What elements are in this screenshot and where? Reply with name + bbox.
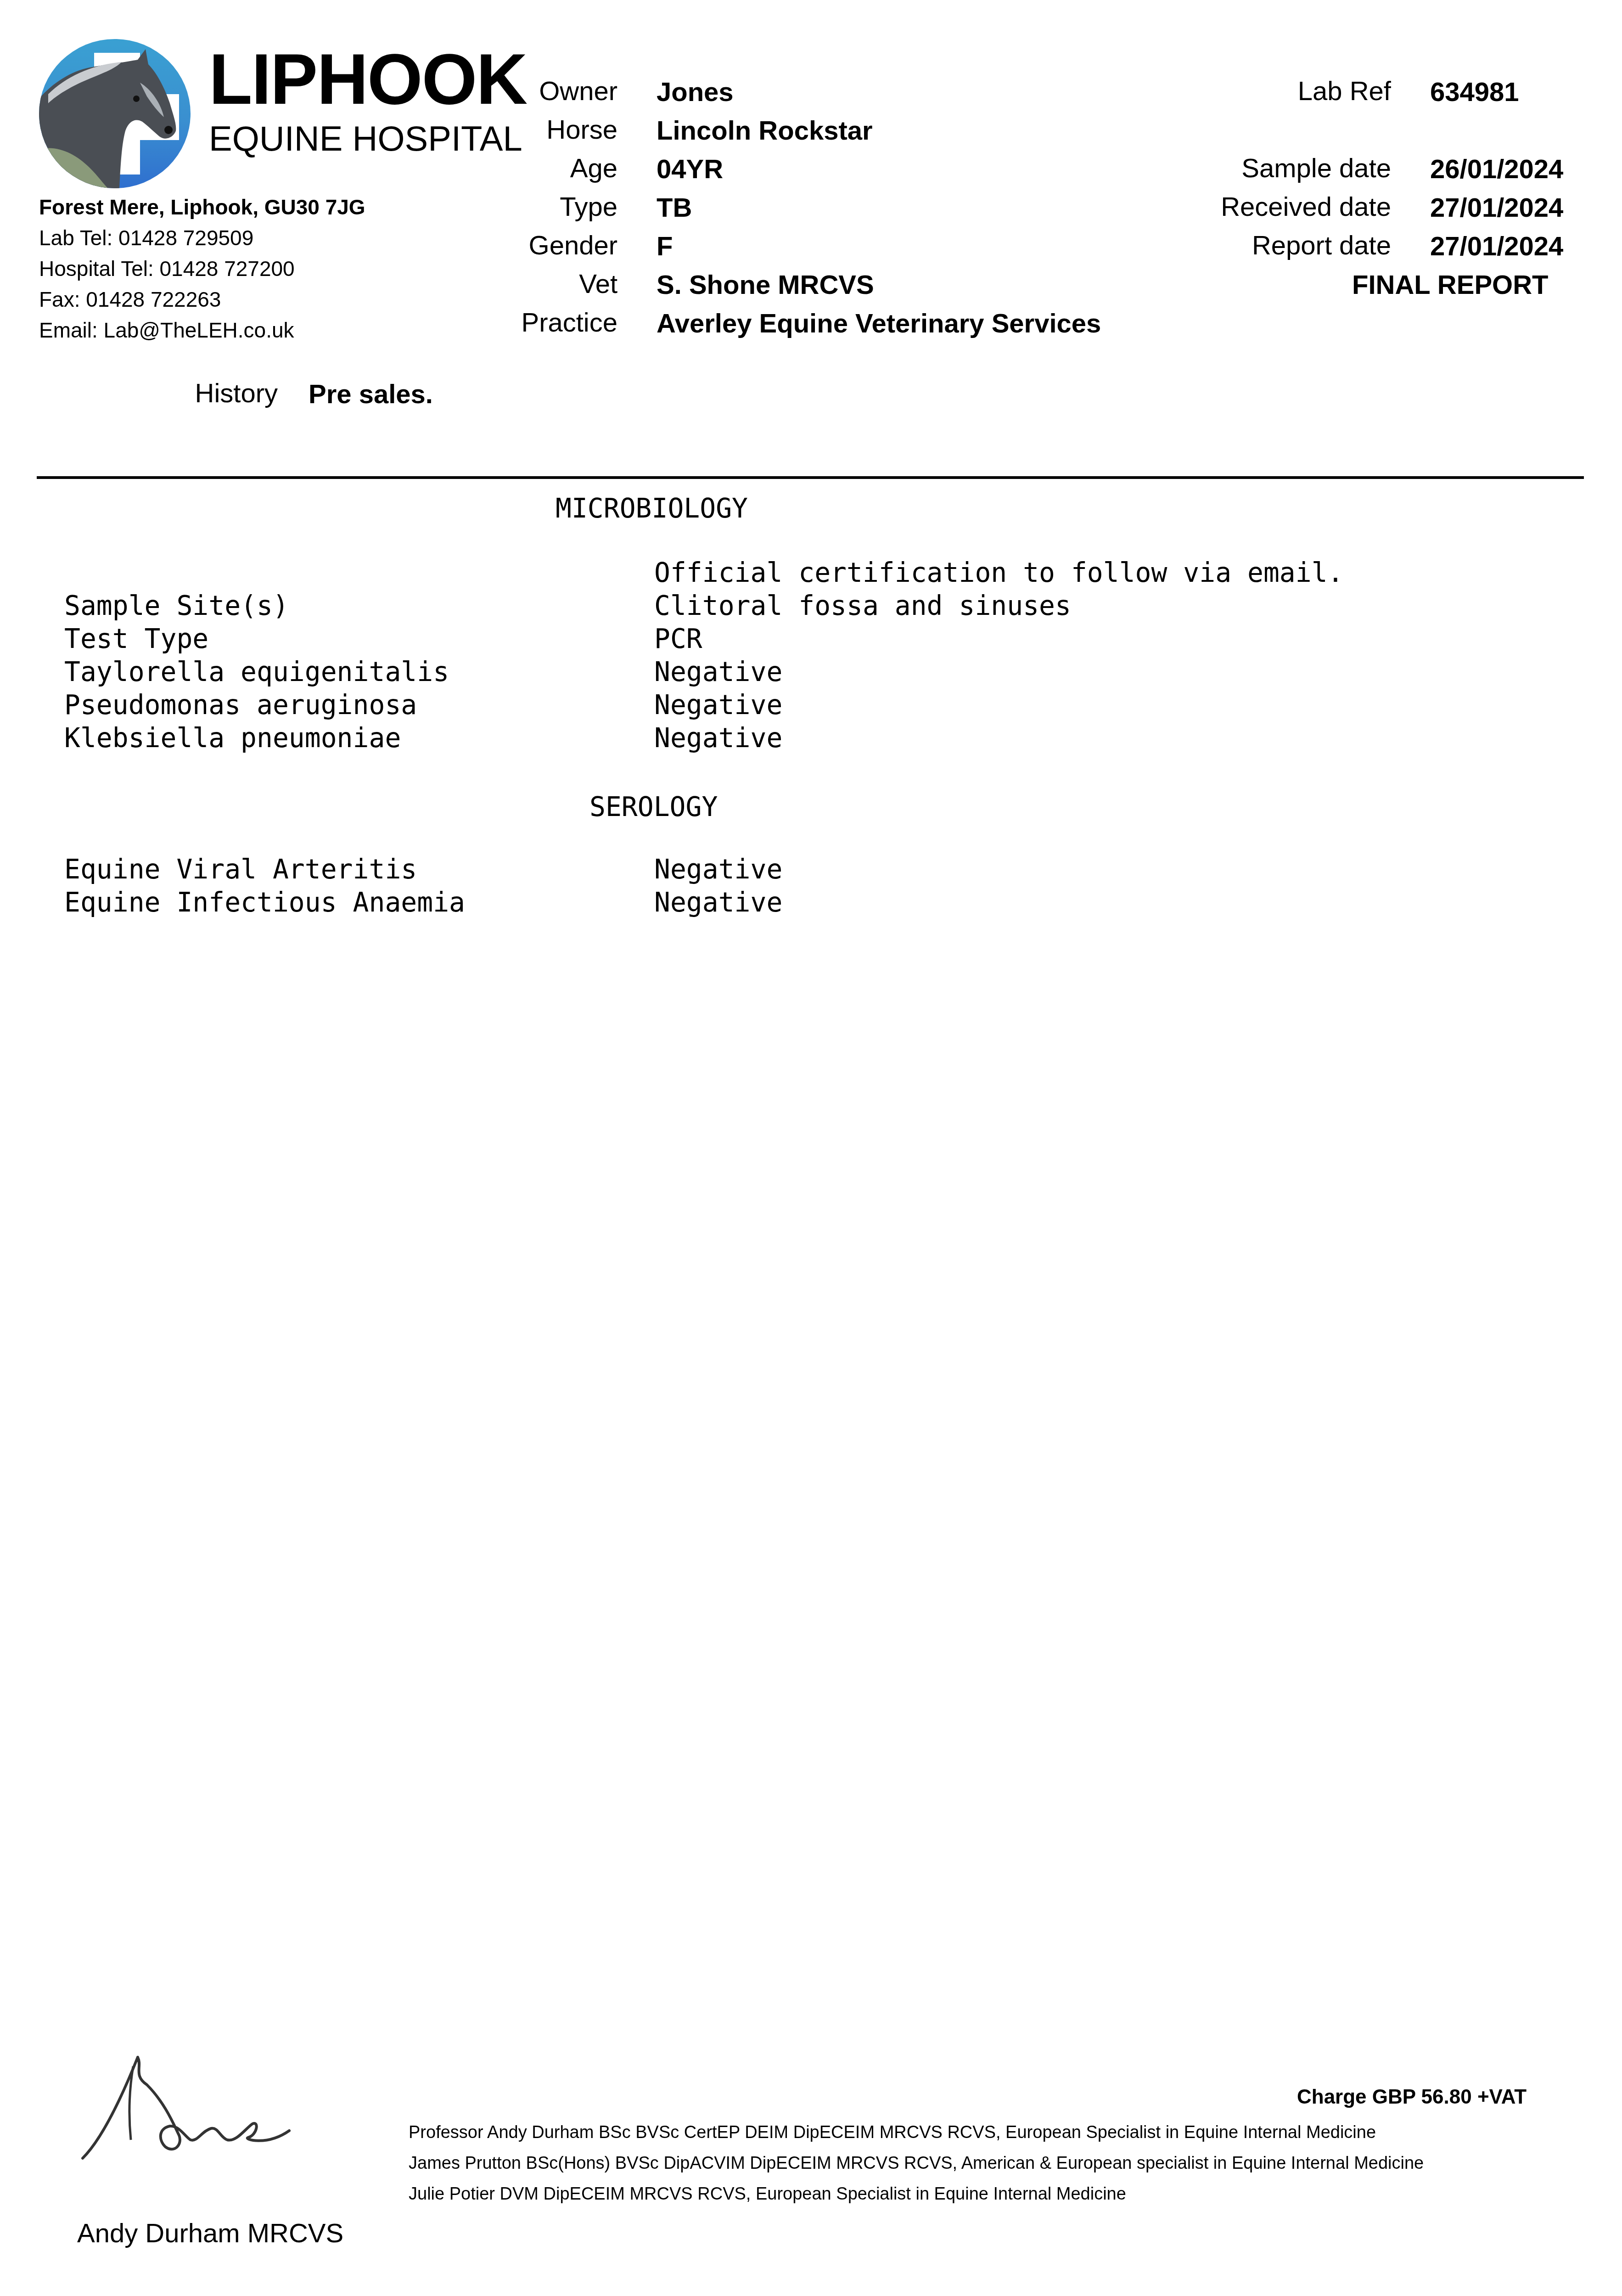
result-label: Test Type xyxy=(64,625,208,652)
vet-label: Vet xyxy=(480,271,617,298)
vet-value: S. Shone MRCVS xyxy=(657,272,874,298)
microbiology-heading: MICROBIOLOGY xyxy=(556,495,748,522)
practice-label: Practice xyxy=(480,310,617,336)
result-value: Negative xyxy=(654,725,782,751)
result-value: Clitoral fossa and sinuses xyxy=(654,592,1071,619)
horse-label: Horse xyxy=(480,117,617,143)
age-label: Age xyxy=(480,155,617,182)
result-value: PCR xyxy=(654,625,702,652)
practice-value: Averley Equine Veterinary Services xyxy=(657,310,1101,337)
horse-cross-logo-icon xyxy=(39,39,191,188)
result-value: Negative xyxy=(654,889,782,916)
lab-tel: Lab Tel: 01428 729509 xyxy=(39,227,253,248)
gender-value: F xyxy=(657,233,673,260)
result-label: Taylorella equigenitalis xyxy=(64,658,449,685)
brand-name: LIPHOOK xyxy=(209,44,527,115)
serology-heading: SEROLOGY xyxy=(589,793,718,820)
horse-head-icon xyxy=(39,39,191,188)
type-value: TB xyxy=(657,195,692,221)
result-label: Klebsiella pneumoniae xyxy=(64,725,401,751)
lab-ref-label: Lab Ref xyxy=(1148,78,1391,105)
lab-ref-value: 634981 xyxy=(1430,79,1519,106)
charge: Charge GBP 56.80 +VAT xyxy=(1297,2087,1527,2107)
signature-icon xyxy=(73,2048,312,2167)
sample-date-label: Sample date xyxy=(1148,155,1391,182)
certification-note: Official certification to follow via ema… xyxy=(654,559,1344,586)
received-date-value: 27/01/2024 xyxy=(1430,195,1563,221)
staff-line: Julie Potier DVM DipECEIM MRCVS RCVS, Eu… xyxy=(409,2185,1126,2203)
history-value: Pre sales. xyxy=(309,381,433,408)
hospital-address: Forest Mere, Liphook, GU30 7JG xyxy=(39,197,365,218)
staff-line: Professor Andy Durham BSc BVSc CertEP DE… xyxy=(409,2124,1376,2141)
hospital-tel: Hospital Tel: 01428 727200 xyxy=(39,258,295,279)
age-value: 04YR xyxy=(657,156,723,183)
received-date-label: Received date xyxy=(1148,194,1391,220)
result-label: Sample Site(s) xyxy=(64,592,289,619)
horse-value: Lincoln Rockstar xyxy=(657,118,873,144)
type-label: Type xyxy=(480,194,617,220)
signatory-name: Andy Durham MRCVS xyxy=(77,2220,343,2247)
email: Email: Lab@TheLEH.co.uk xyxy=(39,320,294,341)
brand-subtitle: EQUINE HOSPITAL xyxy=(209,122,522,157)
result-label: Equine Viral Arteritis xyxy=(64,856,417,883)
sample-date-value: 26/01/2024 xyxy=(1430,156,1563,183)
section-divider xyxy=(37,476,1584,479)
result-value: Negative xyxy=(654,692,782,718)
report-date-value: 27/01/2024 xyxy=(1430,233,1563,260)
staff-line: James Prutton BSc(Hons) BVSc DipACVIM Di… xyxy=(409,2155,1424,2172)
result-value: Negative xyxy=(654,658,782,685)
owner-value: Jones xyxy=(657,79,734,106)
result-label: Pseudomonas aeruginosa xyxy=(64,692,417,718)
result-value: Negative xyxy=(654,856,782,883)
result-label: Equine Infectious Anaemia xyxy=(64,889,465,916)
report-status: FINAL REPORT xyxy=(1352,272,1549,298)
owner-label: Owner xyxy=(480,78,617,105)
gender-label: Gender xyxy=(480,232,617,259)
fax: Fax: 01428 722263 xyxy=(39,289,221,310)
report-date-label: Report date xyxy=(1148,232,1391,259)
history-label: History xyxy=(138,380,278,407)
